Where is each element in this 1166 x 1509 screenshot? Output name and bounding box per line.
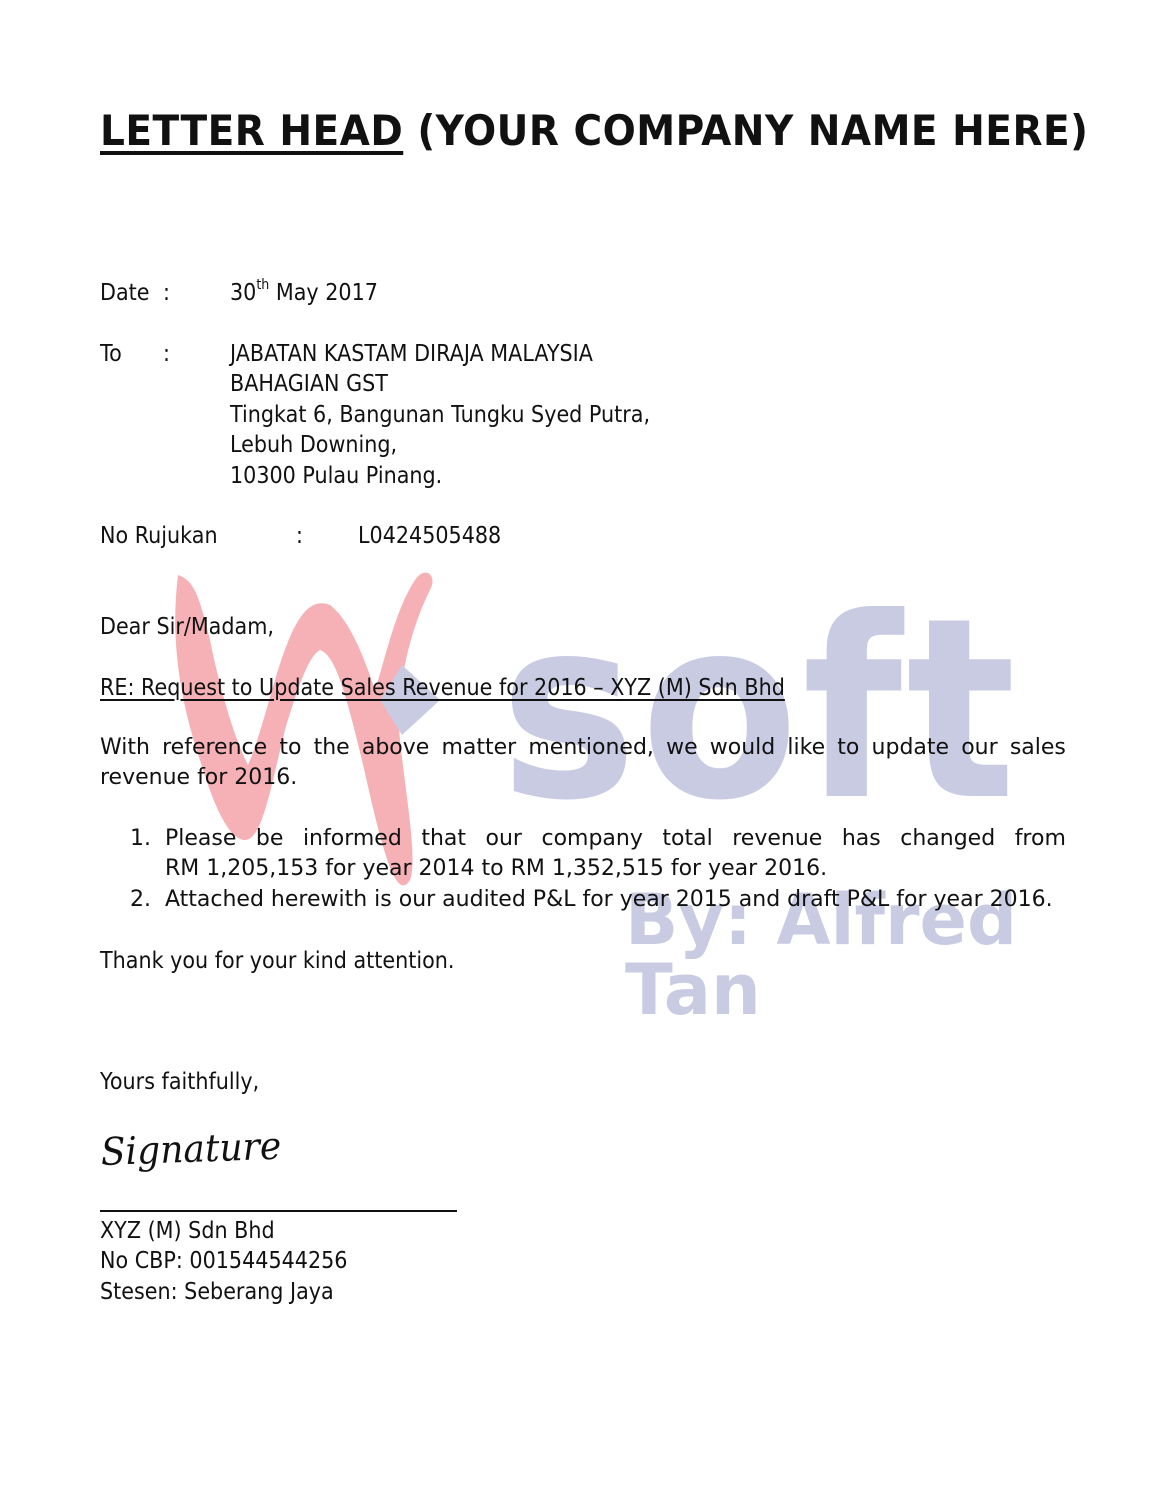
intro-line-2: revenue for 2016.	[100, 763, 1066, 793]
list-number: 2.	[130, 885, 165, 915]
word: to	[279, 733, 301, 763]
point-2-line-1: Attached herewith is our audited P&L for…	[165, 885, 1066, 915]
valediction: Yours faithfully,	[100, 1067, 259, 1097]
intro-line-1: With reference to the above matter menti…	[100, 733, 1066, 763]
word: from	[1015, 824, 1066, 854]
subject-line: RE: Request to Update Sales Revenue for …	[100, 673, 785, 703]
address-line: Lebuh Downing,	[230, 430, 650, 460]
list-number: 1.	[130, 824, 165, 885]
watermark-brand: soft	[500, 585, 1020, 835]
signatory-block: XYZ (M) Sdn Bhd No CBP: 001544544256 Ste…	[100, 1216, 347, 1307]
intro-paragraph: With reference to the above matter menti…	[100, 733, 1066, 794]
word: company	[541, 824, 642, 854]
letterhead-company: (YOUR COMPANY NAME HERE)	[403, 106, 1088, 155]
word: mentioned,	[528, 733, 654, 763]
word: With	[100, 733, 150, 763]
to-label: To	[100, 339, 122, 369]
reference-value: L0424505488	[358, 521, 501, 551]
date-day: 30	[230, 280, 256, 306]
word: the	[314, 733, 350, 763]
address-line: JABATAN KASTAM DIRAJA MALAYSIA	[230, 339, 650, 369]
date-label: Date	[100, 278, 149, 308]
word: matter	[441, 733, 516, 763]
address-line: 10300 Pulau Pinang.	[230, 461, 650, 491]
word: informed	[303, 824, 402, 854]
reference-colon: :	[296, 521, 303, 551]
signatory-company: XYZ (M) Sdn Bhd	[100, 1216, 347, 1246]
salutation: Dear Sir/Madam,	[100, 612, 274, 642]
word: changed	[900, 824, 995, 854]
letterhead-underlined: LETTER HEAD	[100, 106, 403, 155]
word: revenue	[732, 824, 822, 854]
closing-thanks: Thank you for your kind attention.	[100, 946, 455, 976]
word: update	[872, 733, 950, 763]
date-suffix: th	[256, 277, 269, 293]
date-rest: May 2017	[269, 280, 378, 306]
word: total	[662, 824, 712, 854]
word: be	[256, 824, 284, 854]
to-colon: :	[163, 339, 170, 369]
date-value: 30th May 2017	[230, 278, 378, 308]
signature-line	[100, 1210, 457, 1212]
address-line: BAHAGIAN GST	[230, 369, 650, 399]
point-1-line-1: Please be informed that our company tota…	[165, 824, 1066, 854]
list-item: 2. Attached herewith is our audited P&L …	[130, 885, 1066, 915]
word: we	[666, 733, 698, 763]
word: that	[421, 824, 466, 854]
points-list: 1. Please be informed that our company t…	[130, 824, 1066, 915]
list-item: 1. Please be informed that our company t…	[130, 824, 1066, 885]
date-colon: :	[163, 278, 170, 308]
word: like	[787, 733, 825, 763]
signatory-cbp: No CBP: 001544544256	[100, 1246, 347, 1276]
word: Please	[165, 824, 236, 854]
word: has	[842, 824, 881, 854]
word: to	[837, 733, 859, 763]
recipient-address: JABATAN KASTAM DIRAJA MALAYSIA BAHAGIAN …	[230, 339, 650, 491]
letterhead-title: LETTER HEAD (YOUR COMPANY NAME HERE)	[100, 106, 1088, 155]
letter-page: soft By: Alfred Tan LETTER HEAD (YOUR CO…	[0, 0, 1166, 1509]
word: would	[710, 733, 775, 763]
signatory-station: Stesen: Seberang Jaya	[100, 1277, 347, 1307]
word: above	[362, 733, 429, 763]
point-1-line-2: RM 1,205,153 for year 2014 to RM 1,352,5…	[165, 854, 1066, 884]
address-line: Tingkat 6, Bangunan Tungku Syed Putra,	[230, 400, 650, 430]
reference-label: No Rujukan	[100, 521, 218, 551]
word: reference	[162, 733, 267, 763]
word: sales	[1010, 733, 1066, 763]
word: our	[486, 824, 522, 854]
word: our	[961, 733, 997, 763]
signature: Signature	[100, 1124, 282, 1174]
